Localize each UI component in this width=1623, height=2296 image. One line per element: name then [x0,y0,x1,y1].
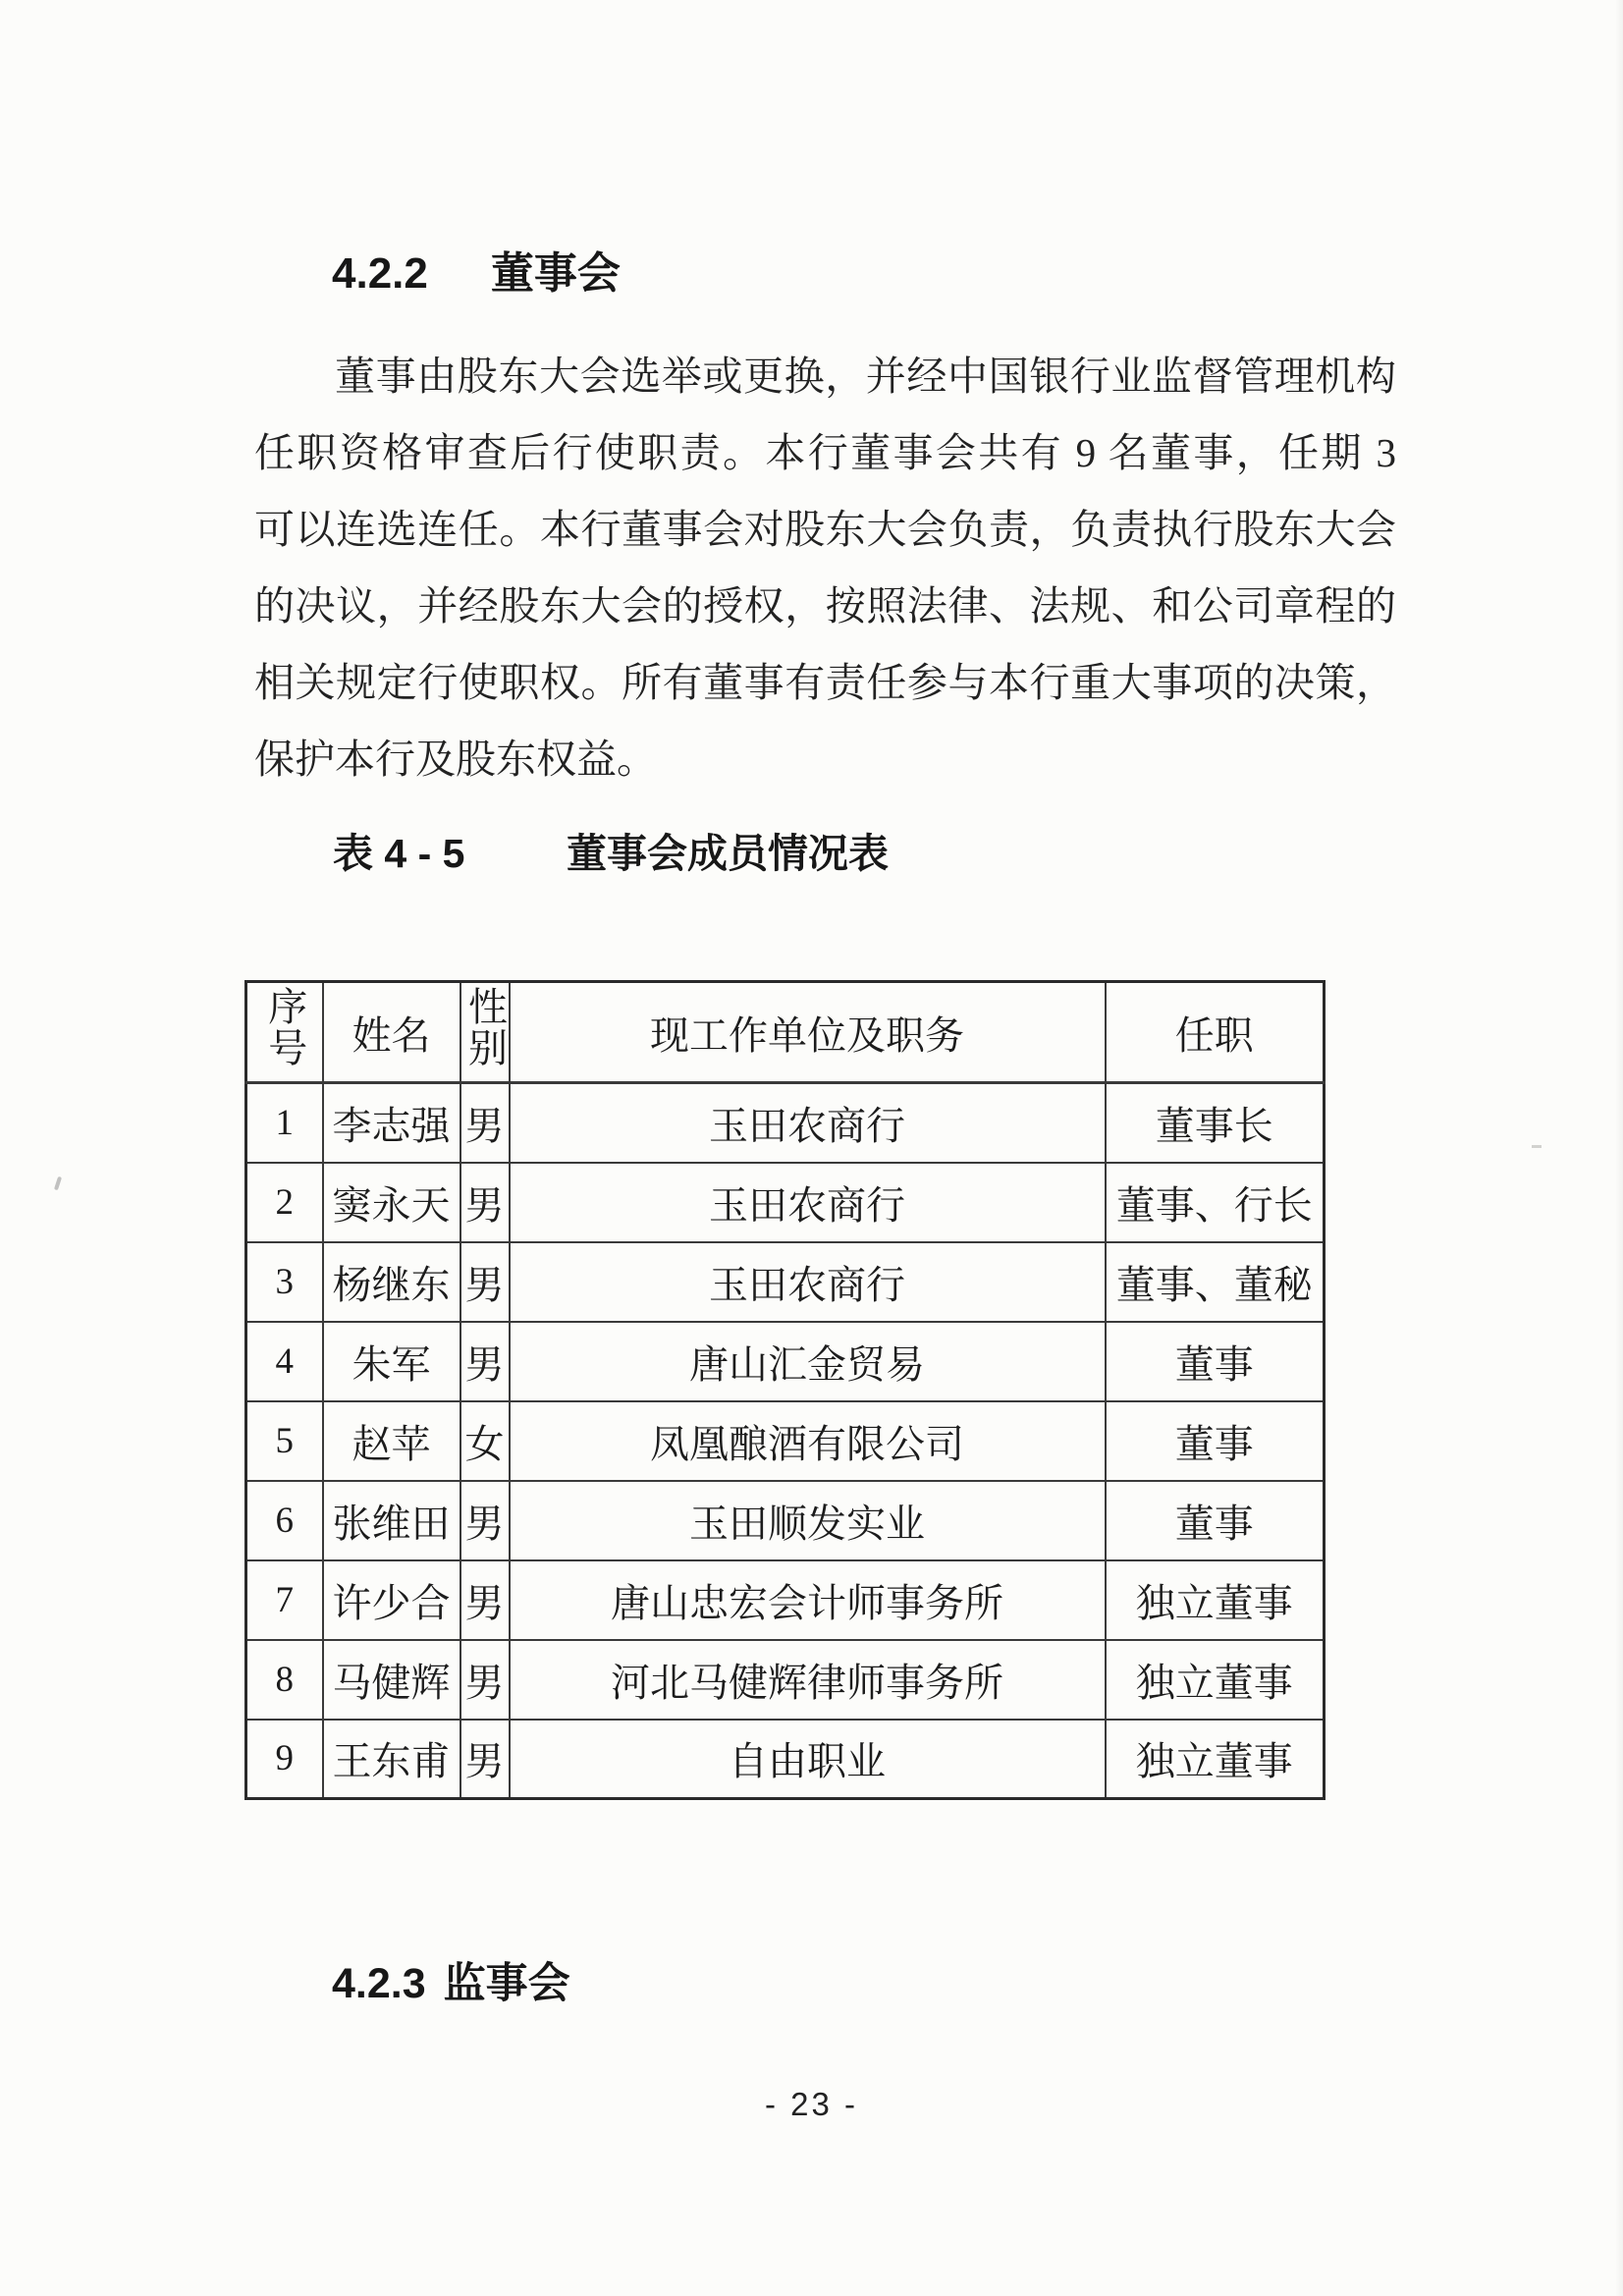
cell-employer: 唐山忠宏会计师事务所 [510,1560,1106,1640]
cell-name: 窦永天 [323,1163,460,1242]
cell-name: 马健辉 [323,1640,460,1720]
cell-name: 张维田 [323,1481,460,1560]
cell-gender: 女 [460,1401,510,1481]
paragraph-line: 可以连选连任。本行董事会对股东大会负责，负责执行股东大会 [254,491,1396,568]
cell-position: 董事 [1106,1481,1325,1560]
cell-gender: 男 [460,1083,510,1163]
cell-position: 董事 [1106,1401,1325,1481]
cell-position: 独立董事 [1106,1560,1325,1640]
cell-no: 6 [246,1481,323,1560]
cell-name: 许少合 [323,1560,460,1640]
cell-position: 董事长 [1106,1083,1325,1163]
cell-employer: 玉田农商行 [510,1163,1106,1242]
section-heading-4-2-2: 4.2.2董事会 [332,238,621,301]
table-row: 5 赵苹 女 凤凰酿酒有限公司 董事 [246,1401,1325,1481]
section-heading-4-2-3: 4.2.3监事会 [332,1950,570,2010]
cell-gender: 男 [460,1322,510,1401]
cell-no: 1 [246,1083,323,1163]
header-no-label: 序号 [264,986,305,1068]
scan-artifact [1532,1145,1542,1148]
cell-position: 董事、董秘 [1106,1242,1325,1322]
cell-position: 董事 [1106,1322,1325,1401]
header-cell-no: 序号 [246,982,323,1083]
cell-name: 李志强 [323,1083,460,1163]
cell-employer: 玉田顺发实业 [510,1481,1106,1560]
table-row: 1 李志强 男 玉田农商行 董事长 [246,1083,1325,1163]
cell-no: 9 [246,1720,323,1799]
cell-gender: 男 [460,1163,510,1242]
header-cell-position: 任职 [1106,982,1325,1083]
cell-gender: 男 [460,1481,510,1560]
paragraph-line: 董事由股东大会选举或更换，并经中国银行业监督管理机构 [254,338,1396,414]
table-caption-title: 董事会成员情况表 [567,821,889,879]
table-row: 3 杨继东 男 玉田农商行 董事、董秘 [246,1242,1325,1322]
header-cell-gender: 性别 [460,982,510,1083]
paragraph-line: 的决议，并经股东大会的授权，按照法律、法规、和公司章程的 [254,568,1396,644]
cell-position: 独立董事 [1106,1720,1325,1799]
paragraph-line: 保护本行及股东权益。 [254,721,1396,797]
table-row: 4 朱军 男 唐山汇金贸易 董事 [246,1322,1325,1401]
cell-employer: 玉田农商行 [510,1083,1106,1163]
cell-no: 3 [246,1242,323,1322]
cell-gender: 男 [460,1720,510,1799]
page-number: - 23 - [0,2086,1623,2123]
cell-name: 杨继东 [323,1242,460,1322]
table-row: 9 王东甫 男 自由职业 独立董事 [246,1720,1325,1799]
table-header-row: 序号 姓名 性别 现工作单位及职务 任职 [246,982,1325,1083]
cell-no: 7 [246,1560,323,1640]
cell-position: 董事、行长 [1106,1163,1325,1242]
cell-employer: 玉田农商行 [510,1242,1106,1322]
cell-name: 王东甫 [323,1720,460,1799]
cell-no: 8 [246,1640,323,1720]
cell-position: 独立董事 [1106,1640,1325,1720]
document-page: 4.2.2董事会 董事由股东大会选举或更换，并经中国银行业监督管理机构 任职资格… [0,0,1623,2296]
cell-no: 5 [246,1401,323,1481]
board-paragraph: 董事由股东大会选举或更换，并经中国银行业监督管理机构 任职资格审查后行使职责。本… [254,338,1396,797]
cell-employer: 凤凰酿酒有限公司 [510,1401,1106,1481]
section-title: 董事会 [491,249,621,298]
section-number: 4.2.3 [332,1960,426,2007]
cell-gender: 男 [460,1640,510,1720]
cell-gender: 男 [460,1560,510,1640]
scan-artifact [54,1176,62,1191]
table-caption-label: 表 4 - 5 [333,831,464,876]
paragraph-line: 相关规定行使职权。所有董事有责任参与本行重大事项的决策， [254,644,1396,721]
cell-gender: 男 [460,1242,510,1322]
header-cell-name: 姓名 [323,982,460,1083]
table-row: 7 许少合 男 唐山忠宏会计师事务所 独立董事 [246,1560,1325,1640]
cell-no: 2 [246,1163,323,1242]
cell-no: 4 [246,1322,323,1401]
section-title: 监事会 [444,1960,570,2007]
paragraph-line: 任职资格审查后行使职责。本行董事会共有 9 名董事，任期 3 年， [254,414,1396,491]
header-gender-label: 性别 [464,986,506,1068]
cell-name: 朱军 [323,1322,460,1401]
table-row: 8 马健辉 男 河北马健辉律师事务所 独立董事 [246,1640,1325,1720]
table-row: 6 张维田 男 玉田顺发实业 董事 [246,1481,1325,1560]
cell-employer: 自由职业 [510,1720,1106,1799]
cell-employer: 河北马健辉律师事务所 [510,1640,1106,1720]
table-row: 2 窦永天 男 玉田农商行 董事、行长 [246,1163,1325,1242]
cell-employer: 唐山汇金贸易 [510,1322,1106,1401]
section-number: 4.2.2 [332,249,428,298]
table-caption: 表 4 - 5 董事会成员情况表 [333,821,464,870]
header-cell-employer: 现工作单位及职务 [510,982,1106,1083]
board-members-table: 序号 姓名 性别 现工作单位及职务 任职 1 李志强 男 玉田农商行 董事长 2… [244,980,1325,1800]
cell-name: 赵苹 [323,1401,460,1481]
